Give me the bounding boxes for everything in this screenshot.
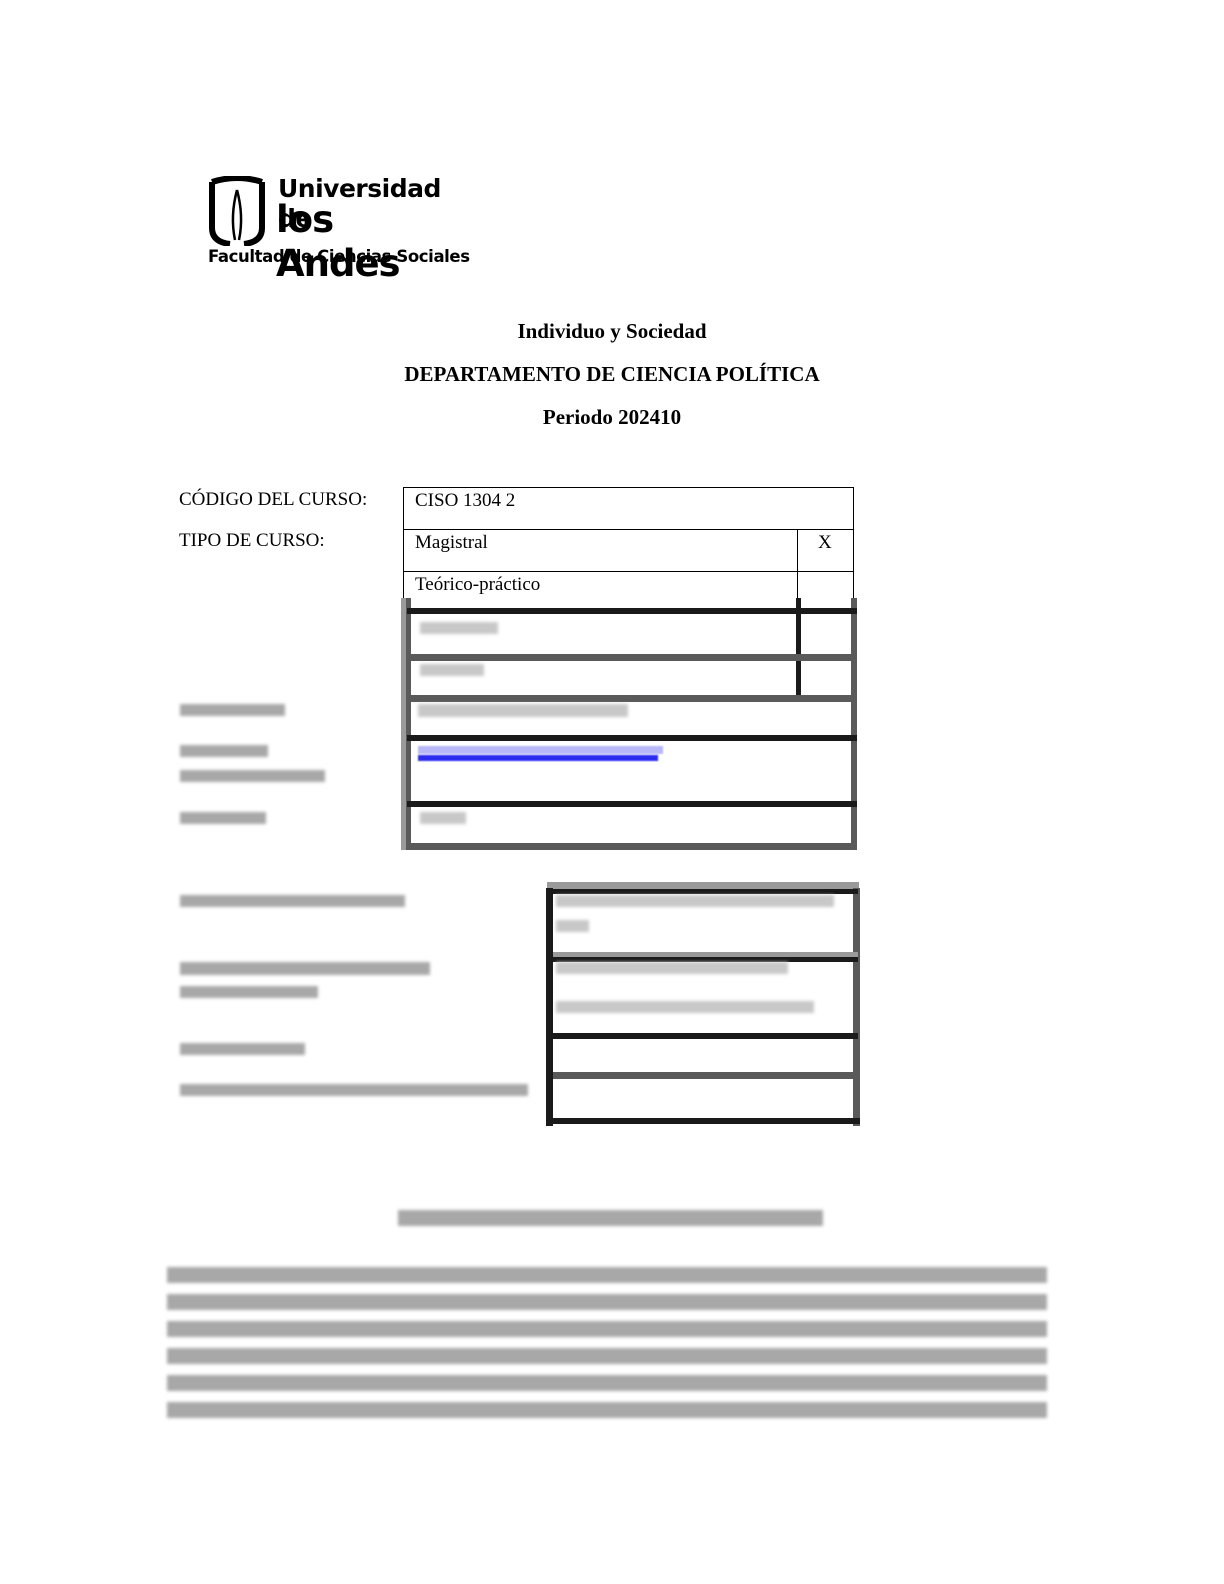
type-option-mark-cell: X [797, 529, 854, 572]
type-option-row: Teórico-práctico [403, 571, 798, 611]
course-code-cell: CISO 1304 2 [403, 487, 854, 530]
shield-icon [208, 176, 266, 246]
department-title: DEPARTAMENTO DE CIENCIA POLÍTICA [0, 362, 1224, 387]
type-option-mark: X [818, 532, 832, 554]
logo-text-faculty: Facultad de Ciencias Sociales [208, 247, 470, 267]
type-option-mark-cell [797, 571, 854, 611]
university-logo: Universidad de los Andes Facultad de Cie… [208, 174, 453, 269]
course-code-value: CISO 1304 2 [415, 490, 515, 512]
course-title: Individuo y Sociedad [0, 319, 1224, 344]
period-title: Periodo 202410 [0, 405, 1224, 430]
type-option-label: Magistral [415, 532, 488, 554]
course-code-label: CÓDIGO DEL CURSO: [179, 489, 367, 511]
type-option-row: Magistral [403, 529, 798, 572]
type-option-label: Teórico-práctico [415, 574, 540, 596]
logo-text-los-andes: los Andes [276, 198, 453, 286]
course-type-label: TIPO DE CURSO: [179, 530, 325, 552]
